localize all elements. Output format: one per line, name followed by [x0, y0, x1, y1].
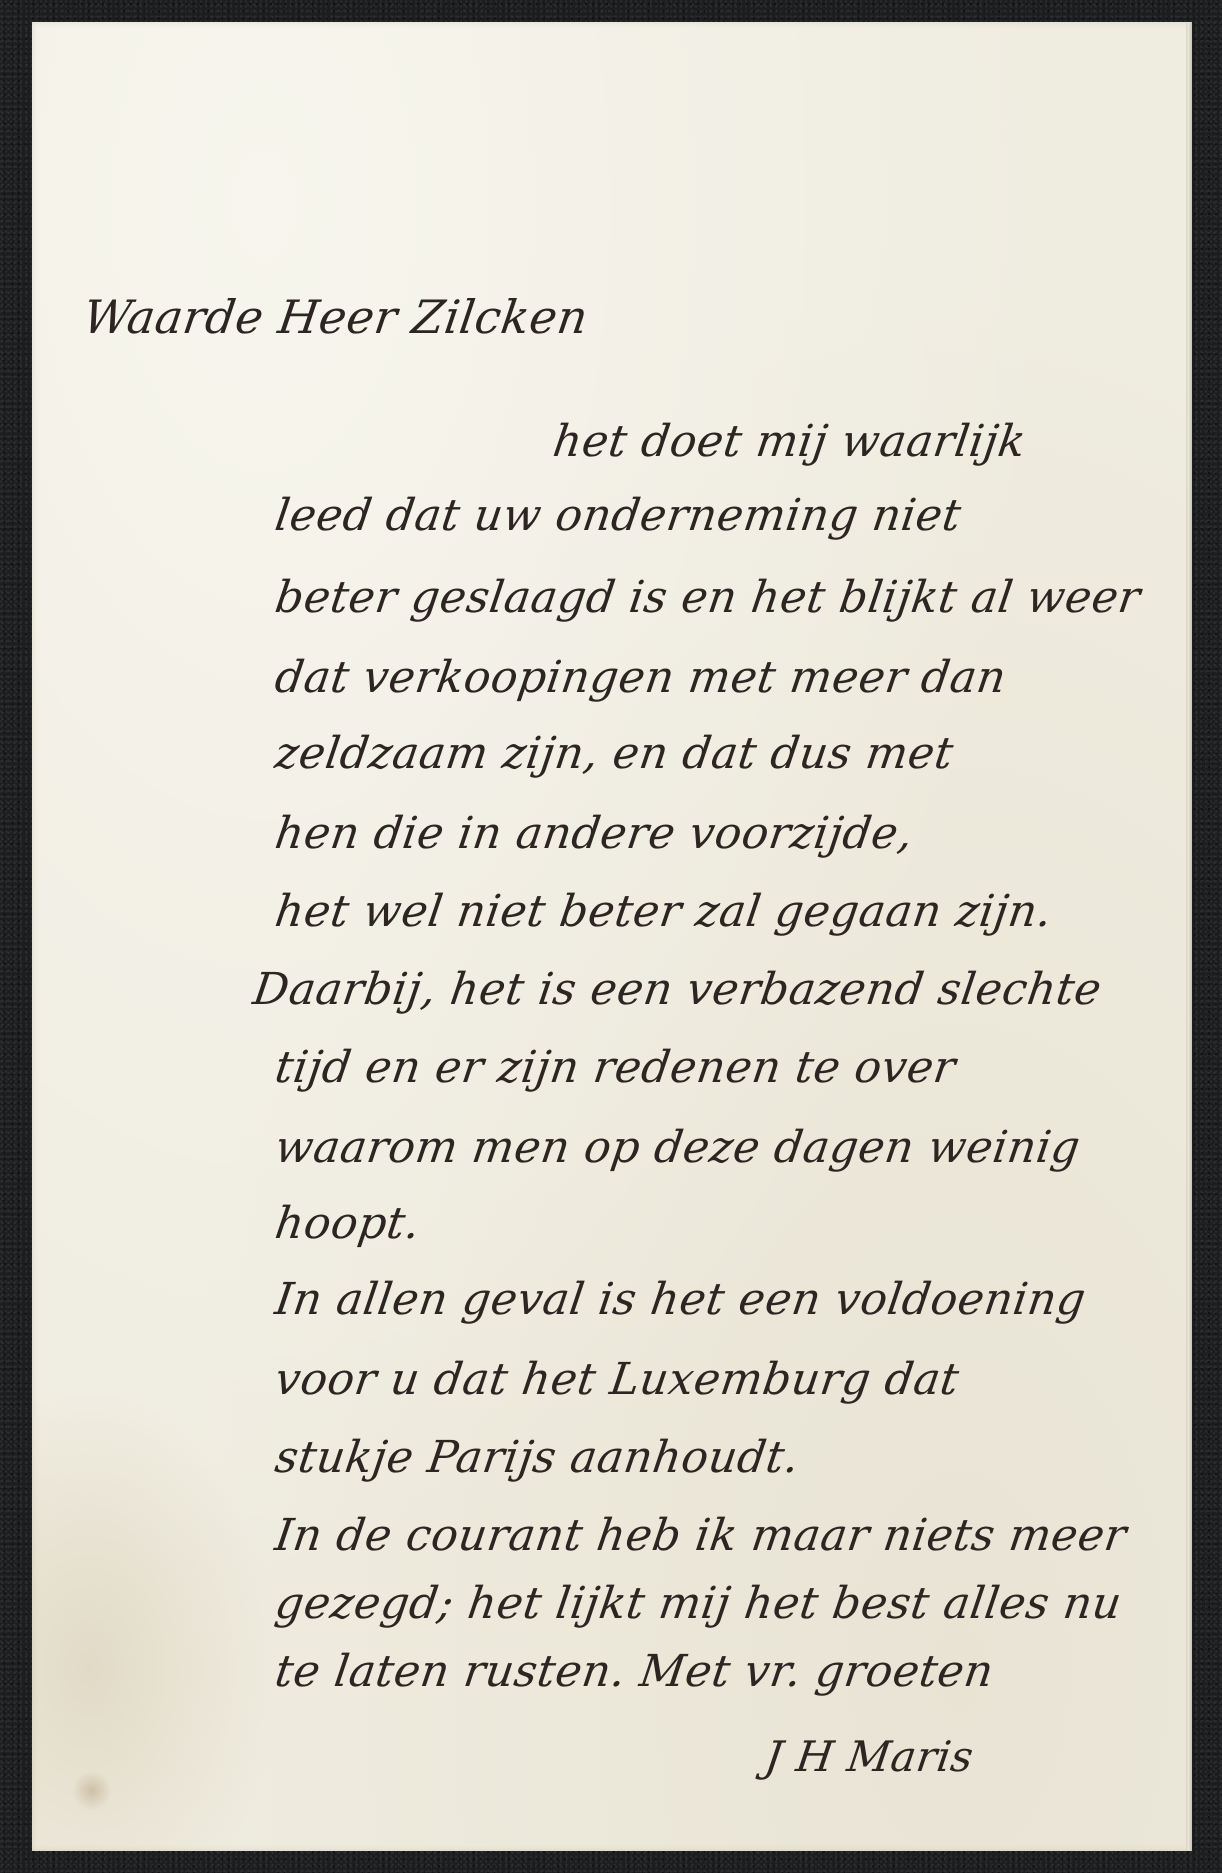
letter-line: te laten rusten. Met vr. groeten [272, 1646, 997, 1697]
letter-line: tijd en er zijn redenen te over [272, 1042, 959, 1093]
letter-line: het doet mij waarlijk [550, 416, 1029, 467]
letter-line: beter geslaagd is en het blijkt al weer [272, 572, 1144, 623]
signature: J H Maris [762, 1732, 977, 1781]
letter-line: hen die in andere voorzijde, [272, 808, 916, 859]
letter-line: leed dat uw onderneming niet [272, 490, 964, 541]
letter-line: zeldzaam zijn, en dat dus met [272, 728, 957, 779]
letter-line: stukje Parijs aanhoudt. [272, 1432, 803, 1483]
paper-edge [1186, 22, 1192, 1851]
letter-line: voor u dat het Luxemburg dat [272, 1354, 962, 1405]
salutation: Waarde Heer Zilcken [80, 290, 592, 344]
letter-paper: Waarde Heer Zilcken het doet mij waarlij… [32, 22, 1192, 1851]
letter-line: Daarbij, het is een verbazend slechte [250, 964, 1105, 1015]
letter-line: dat verkoopingen met meer dan [272, 652, 1009, 703]
letter-line: In allen geval is het een voldoening [272, 1274, 1089, 1325]
letter-line: gezegd; het lijkt mij het best alles nu [272, 1578, 1125, 1629]
letter-line: het wel niet beter zal gegaan zijn. [272, 886, 1055, 937]
letter-line: waarom men op deze dagen weinig [272, 1122, 1083, 1173]
letter-line: In de courant heb ik maar niets meer [272, 1510, 1130, 1561]
letter-line: hoopt. [272, 1198, 423, 1249]
paper-stain [72, 1771, 112, 1811]
